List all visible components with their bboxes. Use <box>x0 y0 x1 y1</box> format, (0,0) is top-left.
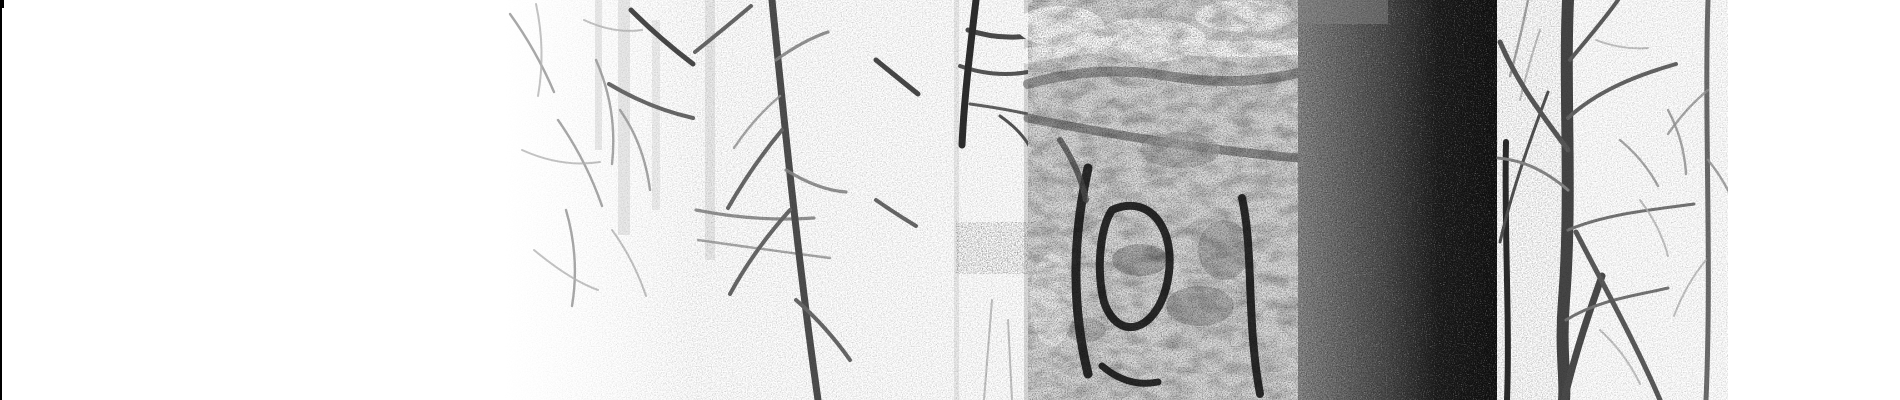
left-edge-line <box>0 0 2 400</box>
forest-photo-svg <box>500 0 1728 400</box>
forest-photo <box>500 0 1728 400</box>
page-canvas <box>0 0 1900 400</box>
global-grain <box>500 0 1728 400</box>
top-left-corner-mark <box>0 0 4 8</box>
